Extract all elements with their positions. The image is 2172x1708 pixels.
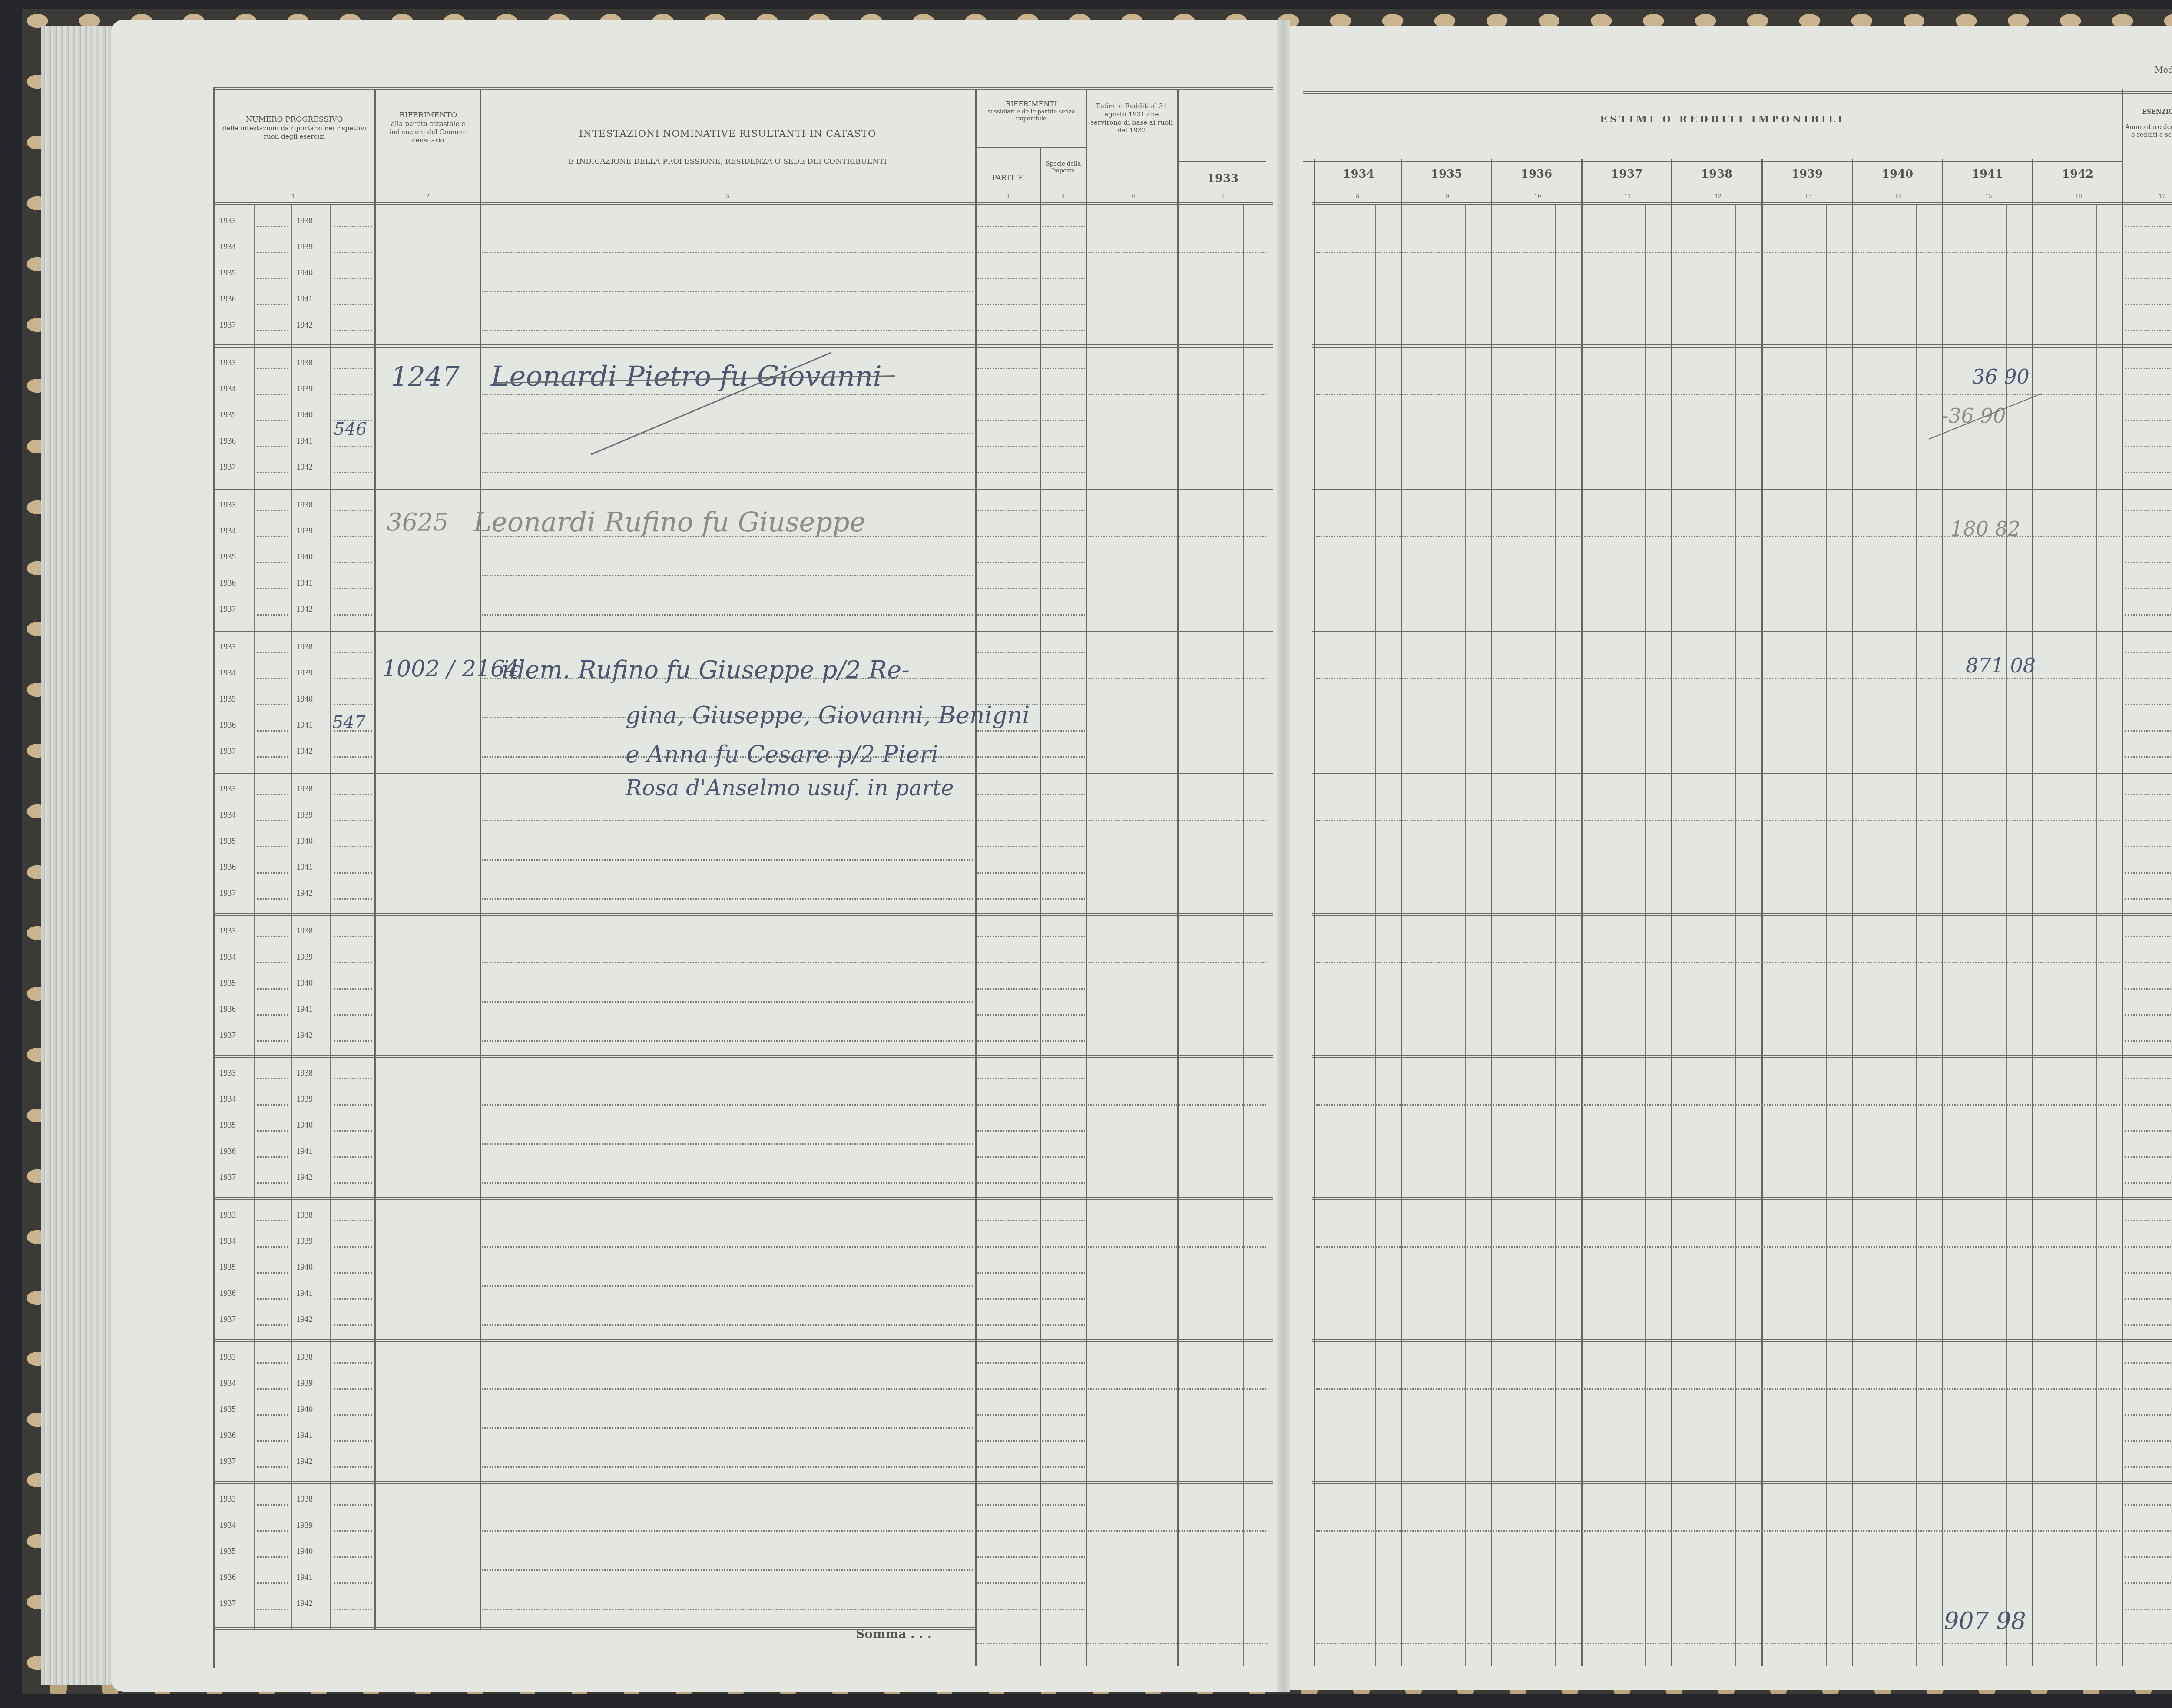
year-header-1937: 1937	[1583, 167, 1670, 182]
entry-dotted-line	[257, 1246, 288, 1248]
entry-dotted-line	[1042, 1530, 1085, 1532]
col45-header: RIFERIMENTI sussidiari e delle partite s…	[977, 100, 1085, 123]
year-label-right: 1939	[296, 1237, 313, 1246]
entry-dotted-line	[334, 1272, 372, 1274]
entry-dotted-line	[334, 562, 372, 563]
entry-dotted-line	[334, 368, 372, 369]
entry-dotted-line	[977, 1530, 1038, 1532]
entry-dotted-line	[1042, 1246, 1085, 1248]
year-label-right: 1940	[296, 1405, 313, 1414]
entry-dotted-line	[1042, 936, 1085, 937]
col4-header: PARTITE	[977, 174, 1038, 182]
entry-dotted-line	[334, 1040, 372, 1042]
entry-dotted-line	[977, 1104, 1038, 1106]
amount-dotted-line	[1088, 252, 1266, 253]
entry-dotted-line	[2125, 1466, 2172, 1468]
entry-dotted-line	[257, 420, 288, 421]
entry-2-riferimento: 3625	[387, 508, 449, 536]
year-label-left: 1937	[219, 1031, 236, 1040]
divider	[2032, 159, 2033, 1666]
entry-dotted-line	[2125, 704, 2172, 705]
name-dotted-line	[482, 1388, 973, 1390]
name-dotted-line	[482, 1143, 973, 1145]
entry-dotted-line	[334, 936, 372, 937]
col-number-3: 3	[721, 193, 734, 199]
year-label-left: 1933	[219, 1353, 236, 1362]
year-label-right: 1940	[296, 695, 313, 704]
entry-dotted-line	[977, 1040, 1038, 1042]
entry-dotted-line	[334, 330, 372, 331]
book-gutter	[1277, 20, 1290, 1692]
entry-dotted-line	[334, 1220, 372, 1221]
col3-header-subtitle: E INDICAZIONE DELLA PROFESSIONE, RESIDEN…	[482, 157, 973, 166]
entry-dotted-line	[1042, 988, 1085, 990]
divider	[291, 204, 292, 1629]
entry-dotted-line	[2125, 1104, 2172, 1106]
divider	[975, 147, 1086, 148]
name-dotted-line	[482, 1104, 973, 1106]
entry-dotted-line	[1042, 704, 1085, 705]
name-dotted-line	[482, 1466, 973, 1468]
entry-dotted-line	[257, 1388, 288, 1390]
row-group-separator	[213, 1339, 1273, 1342]
entry-dotted-line	[257, 1078, 288, 1079]
year-label-right: 1938	[296, 1353, 313, 1362]
year-label-left: 1933	[219, 642, 236, 652]
entry-dotted-line	[1042, 1414, 1085, 1416]
divider	[1179, 159, 1266, 162]
entry-dotted-line	[257, 1582, 288, 1584]
entry-dotted-line	[977, 1324, 1038, 1326]
year-label-right: 1939	[296, 953, 313, 962]
divider	[1243, 204, 1244, 1666]
year-label-left: 1937	[219, 889, 236, 898]
entry-dotted-line	[977, 872, 1038, 874]
col-number-1: 1	[287, 193, 300, 199]
name-dotted-line	[482, 859, 973, 861]
year-label-right: 1939	[296, 1095, 313, 1104]
amount-dotted-line	[1316, 1246, 2120, 1248]
entry-dotted-line	[257, 1609, 288, 1610]
entry-dotted-line	[2125, 1246, 2172, 1248]
year-label-right: 1942	[296, 321, 313, 330]
col-number-14: 14	[1892, 193, 1905, 199]
entry-dotted-line	[977, 368, 1038, 369]
divider	[1645, 204, 1646, 1666]
entry-dotted-line	[977, 1220, 1038, 1221]
entry-dotted-line	[257, 678, 288, 679]
year-label-left: 1934	[219, 1521, 236, 1530]
row-group-separator	[1312, 344, 2172, 348]
entry-dotted-line	[2125, 756, 2172, 758]
entry-dotted-line	[257, 872, 288, 874]
amount-dotted-line	[1316, 962, 2120, 963]
entry-dotted-line	[2125, 1362, 2172, 1364]
year-label-left: 1933	[219, 358, 236, 368]
entry-dotted-line	[977, 1466, 1038, 1468]
entry-dotted-line	[1042, 510, 1085, 511]
name-dotted-line	[482, 1324, 973, 1326]
entry-dotted-line	[1042, 1556, 1085, 1558]
year-label-left: 1935	[219, 695, 236, 704]
row-group-separator	[213, 913, 1273, 916]
divider	[1555, 204, 1556, 1666]
entry-dotted-line	[257, 794, 288, 795]
entry-dotted-line	[334, 846, 372, 847]
entry-dotted-line	[1042, 1466, 1085, 1468]
amount-dotted-line	[1316, 1530, 2120, 1532]
divider	[1177, 89, 1179, 1666]
entry-dotted-line	[2125, 820, 2172, 821]
col5-header: Specie della Imposta	[1042, 161, 1085, 175]
entry-3-intestazione-line-4: Rosa d'Anselmo usuf. in parte	[626, 775, 954, 801]
left-header-top-rule	[213, 87, 1273, 90]
year-label-left: 1934	[219, 669, 236, 678]
amount-dotted-line	[1088, 820, 1266, 821]
entry-dotted-line	[334, 652, 372, 653]
amount-dotted-line	[1316, 394, 2120, 395]
entry-dotted-line	[2125, 1298, 2172, 1300]
year-label-right: 1941	[296, 863, 313, 872]
entry-dotted-line	[334, 988, 372, 990]
entry-dotted-line	[2125, 226, 2172, 227]
entry-dotted-line	[1042, 1078, 1085, 1079]
entry-dotted-line	[977, 1130, 1038, 1132]
entry-2-intestazione: Leonardi Rufino fu Giuseppe	[473, 506, 865, 538]
year-label-left: 1936	[219, 295, 236, 304]
entry-dotted-line	[334, 1298, 372, 1300]
year-header-1939: 1939	[1764, 167, 1851, 182]
divider	[374, 89, 376, 1629]
entry-dotted-line	[257, 278, 288, 279]
esenzioni-subtitle: Ammontare degli estimi o redditi e scade…	[2124, 124, 2172, 139]
entry-dotted-line	[257, 1362, 288, 1364]
entry-dotted-line	[257, 510, 288, 511]
year-label-right: 1939	[296, 1521, 313, 1530]
entry-dotted-line	[2125, 1388, 2172, 1390]
name-dotted-line	[482, 614, 973, 616]
entry-dotted-line	[977, 1362, 1038, 1364]
entry-dotted-line	[2125, 678, 2172, 679]
year-label-right: 1942	[296, 1031, 313, 1040]
year-label-right: 1942	[296, 1315, 313, 1324]
entry-dotted-line	[977, 1078, 1038, 1079]
entry-dotted-line	[334, 614, 372, 616]
divider	[1086, 89, 1087, 1666]
entry-dotted-line	[1042, 1130, 1085, 1132]
row-group-separator	[213, 1197, 1273, 1200]
entry-dotted-line	[334, 1156, 372, 1158]
entry-dotted-line	[257, 536, 288, 537]
entry-dotted-line	[257, 614, 288, 616]
entry-dotted-line	[1042, 1440, 1085, 1442]
entry-dotted-line	[257, 330, 288, 331]
year-label-left: 1937	[219, 463, 236, 472]
entry-dotted-line	[2125, 472, 2172, 473]
name-dotted-line	[482, 1530, 973, 1532]
entry-dotted-line	[1042, 278, 1085, 279]
col-number-2: 2	[421, 193, 434, 199]
entry-dotted-line	[334, 704, 372, 705]
entry-dotted-line	[257, 562, 288, 563]
entry-dotted-line	[334, 536, 372, 537]
entry-dotted-line	[1042, 1014, 1085, 1016]
entry-dotted-line	[257, 1104, 288, 1106]
entry-dotted-line	[2125, 1078, 2172, 1079]
entry-dotted-line	[977, 536, 1038, 537]
entry-dotted-line	[257, 936, 288, 937]
year-label-left: 1935	[219, 1405, 236, 1414]
year-label-left: 1935	[219, 553, 236, 562]
entry-dotted-line	[1042, 226, 1085, 227]
divider	[1465, 204, 1466, 1666]
year-label-right: 1941	[296, 1147, 313, 1156]
year-label-left: 1935	[219, 410, 236, 420]
entry-dotted-line	[334, 1504, 372, 1506]
entry-dotted-line	[2125, 1324, 2172, 1326]
year-label-right: 1941	[296, 1431, 313, 1440]
year-label-left: 1933	[219, 927, 236, 936]
entry-dotted-line	[977, 510, 1038, 511]
entry-3-progressivo: 547	[332, 712, 365, 732]
entry-dotted-line	[2125, 1609, 2172, 1610]
year-label-left: 1937	[219, 321, 236, 330]
year-label-right: 1941	[296, 1005, 313, 1014]
name-dotted-line	[482, 1609, 973, 1610]
year-label-right: 1941	[296, 437, 313, 446]
entry-dotted-line	[257, 1466, 288, 1468]
entry-dotted-line	[334, 278, 372, 279]
entry-dotted-line	[257, 988, 288, 990]
divider	[1040, 148, 1041, 1666]
entry-dotted-line	[977, 394, 1038, 395]
year-label-right: 1938	[296, 1211, 313, 1220]
col-number-17: 17	[2155, 193, 2169, 199]
entry-dotted-line	[977, 730, 1038, 732]
entry-dotted-line	[334, 1414, 372, 1416]
entry-dotted-line	[257, 1414, 288, 1416]
entry-dotted-line	[334, 794, 372, 795]
name-dotted-line	[482, 330, 973, 331]
name-dotted-line	[482, 820, 973, 821]
entry-dotted-line	[257, 1040, 288, 1042]
entry-dotted-line	[334, 820, 372, 821]
name-dotted-line	[482, 575, 973, 576]
entry-dotted-line	[977, 304, 1038, 305]
amount-dotted-line	[1316, 1388, 2120, 1390]
entry-dotted-line	[334, 252, 372, 253]
entry-dotted-line	[977, 330, 1038, 331]
divider	[2006, 204, 2007, 1666]
entry-dotted-line	[1042, 678, 1085, 679]
col-number-5: 5	[1056, 193, 1069, 199]
somma-line-left	[977, 1643, 1268, 1644]
col7-year: 1933	[1179, 172, 1266, 186]
entry-dotted-line	[2125, 510, 2172, 511]
entry-dotted-line	[2125, 794, 2172, 795]
divider	[1581, 159, 1583, 1666]
entry-dotted-line	[334, 1440, 372, 1442]
row-group-separator	[1312, 1055, 2172, 1058]
year-label-left: 1934	[219, 811, 236, 820]
year-header-1940: 1940	[1854, 167, 1941, 182]
entry-dotted-line	[1042, 394, 1085, 395]
entry-dotted-line	[2125, 1130, 2172, 1132]
amount-dotted-line	[1088, 394, 1266, 395]
divider	[2096, 204, 2097, 1666]
entry-dotted-line	[1042, 446, 1085, 447]
entry-dotted-line	[2125, 252, 2172, 253]
entry-dotted-line	[2125, 846, 2172, 847]
entry-dotted-line	[977, 1156, 1038, 1158]
entry-dotted-line	[977, 898, 1038, 900]
col-number-4: 4	[1001, 193, 1014, 199]
entry-dotted-line	[1042, 1504, 1085, 1506]
right-header-top-rule	[1303, 91, 2172, 94]
entry-dotted-line	[1042, 1609, 1085, 1610]
entry-dotted-line	[257, 394, 288, 395]
row-group-separator	[213, 1481, 1273, 1484]
divider	[1671, 159, 1672, 1666]
amount-dotted-line	[1088, 678, 1266, 679]
year-label-right: 1940	[296, 268, 313, 278]
esenzioni-dash: —	[2124, 116, 2172, 124]
entry-dotted-line	[977, 988, 1038, 990]
amount-dotted-line	[1088, 1388, 1266, 1390]
year-label-right: 1942	[296, 1599, 313, 1609]
entry-dotted-line	[257, 1504, 288, 1506]
entry-dotted-line	[1042, 820, 1085, 821]
entry-dotted-line	[1042, 1220, 1085, 1221]
amount-dotted-line	[1316, 252, 2120, 253]
entry-3-importo-1941: 871 08	[1966, 654, 2036, 677]
esenzioni-header: ESENZIONI — Ammontare degli estimi o red…	[2124, 109, 2172, 139]
entry-dotted-line	[257, 304, 288, 305]
entry-dotted-line	[1042, 1362, 1085, 1364]
name-dotted-line	[482, 1182, 973, 1184]
year-label-right: 1939	[296, 1379, 313, 1388]
entry-3-riferimento: 1002 / 2164	[382, 656, 519, 682]
entry-dotted-line	[977, 652, 1038, 653]
entry-dotted-line	[2125, 652, 2172, 653]
entry-dotted-line	[257, 704, 288, 705]
entry-dotted-line	[977, 1246, 1038, 1248]
divider	[1761, 159, 1763, 1666]
entry-dotted-line	[334, 1104, 372, 1106]
year-label-right: 1940	[296, 553, 313, 562]
year-label-right: 1939	[296, 526, 313, 536]
year-label-left: 1937	[219, 1173, 236, 1182]
entry-dotted-line	[334, 1130, 372, 1132]
entry-dotted-line	[334, 898, 372, 900]
entry-1-importo-1941: 36 90	[1972, 365, 2030, 388]
year-label-left: 1935	[219, 268, 236, 278]
row-group-separator	[213, 629, 1273, 632]
entry-dotted-line	[2125, 1182, 2172, 1184]
entry-dotted-line	[257, 446, 288, 447]
year-label-right: 1940	[296, 1547, 313, 1556]
entry-dotted-line	[334, 1078, 372, 1079]
year-header-1938: 1938	[1673, 167, 1760, 182]
year-label-right: 1938	[296, 500, 313, 510]
year-label-right: 1942	[296, 1173, 313, 1182]
entry-dotted-line	[2125, 1582, 2172, 1584]
entry-dotted-line	[257, 368, 288, 369]
entry-dotted-line	[334, 394, 372, 395]
amount-dotted-line	[1088, 536, 1266, 537]
row-group-separator	[213, 771, 1273, 774]
entry-dotted-line	[334, 1246, 372, 1248]
entry-dotted-line	[2125, 420, 2172, 421]
divider	[975, 89, 977, 1666]
year-label-left: 1934	[219, 384, 236, 394]
row-group-separator	[1312, 771, 2172, 774]
entry-dotted-line	[334, 510, 372, 511]
entry-dotted-line	[1042, 562, 1085, 563]
right-years-rule	[1303, 159, 2122, 162]
entry-dotted-line	[334, 1362, 372, 1364]
entry-dotted-line	[977, 962, 1038, 963]
entry-1-riferimento: 1247	[391, 361, 460, 392]
year-label-left: 1937	[219, 605, 236, 614]
year-label-left: 1933	[219, 1069, 236, 1078]
year-header-1936: 1936	[1493, 167, 1580, 182]
amount-dotted-line	[1088, 1530, 1266, 1532]
col1-header: NUMERO PROGRESSIVO delle intestazioni da…	[215, 115, 374, 141]
year-label-left: 1936	[219, 1431, 236, 1440]
col-number-11: 11	[1621, 193, 1634, 199]
entry-dotted-line	[1042, 330, 1085, 331]
year-label-right: 1941	[296, 1289, 313, 1298]
entry-dotted-line	[977, 1388, 1038, 1390]
year-label-right: 1941	[296, 721, 313, 730]
name-dotted-line	[482, 433, 973, 434]
entry-dotted-line	[977, 1440, 1038, 1442]
row-group-separator	[1312, 629, 2172, 632]
entry-dotted-line	[977, 1298, 1038, 1300]
col2-title: RIFERIMENTO	[377, 111, 479, 120]
estimi-group-title: ESTIMI O REDDITI IMPONIBILI	[1321, 114, 2124, 126]
row-group-separator	[1312, 1339, 2172, 1342]
row-group-separator	[1312, 1481, 2172, 1484]
name-dotted-line	[482, 472, 973, 473]
year-label-left: 1934	[219, 953, 236, 962]
entry-dotted-line	[2125, 898, 2172, 900]
somma-label: Somma . . .	[856, 1627, 932, 1641]
year-header-1935: 1935	[1403, 167, 1490, 182]
year-label-left: 1937	[219, 1315, 236, 1324]
entry-dotted-line	[977, 678, 1038, 679]
row-group-separator	[213, 344, 1273, 348]
entry-dotted-line	[2125, 278, 2172, 279]
divider	[1314, 159, 1315, 1666]
year-label-left: 1933	[219, 216, 236, 226]
entry-dotted-line	[257, 1298, 288, 1300]
col-number-6: 6	[1127, 193, 1140, 199]
year-label-right: 1941	[296, 295, 313, 304]
entry-dotted-line	[977, 420, 1038, 421]
entry-dotted-line	[2125, 988, 2172, 990]
year-label-right: 1938	[296, 927, 313, 936]
entry-dotted-line	[2125, 1440, 2172, 1442]
entry-1-progressivo: 546	[334, 419, 367, 439]
entry-dotted-line	[334, 1530, 372, 1532]
name-dotted-line	[482, 1001, 973, 1003]
entry-dotted-line	[334, 1388, 372, 1390]
entry-dotted-line	[1042, 846, 1085, 847]
entry-dotted-line	[1042, 1040, 1085, 1042]
year-label-left: 1934	[219, 1095, 236, 1104]
